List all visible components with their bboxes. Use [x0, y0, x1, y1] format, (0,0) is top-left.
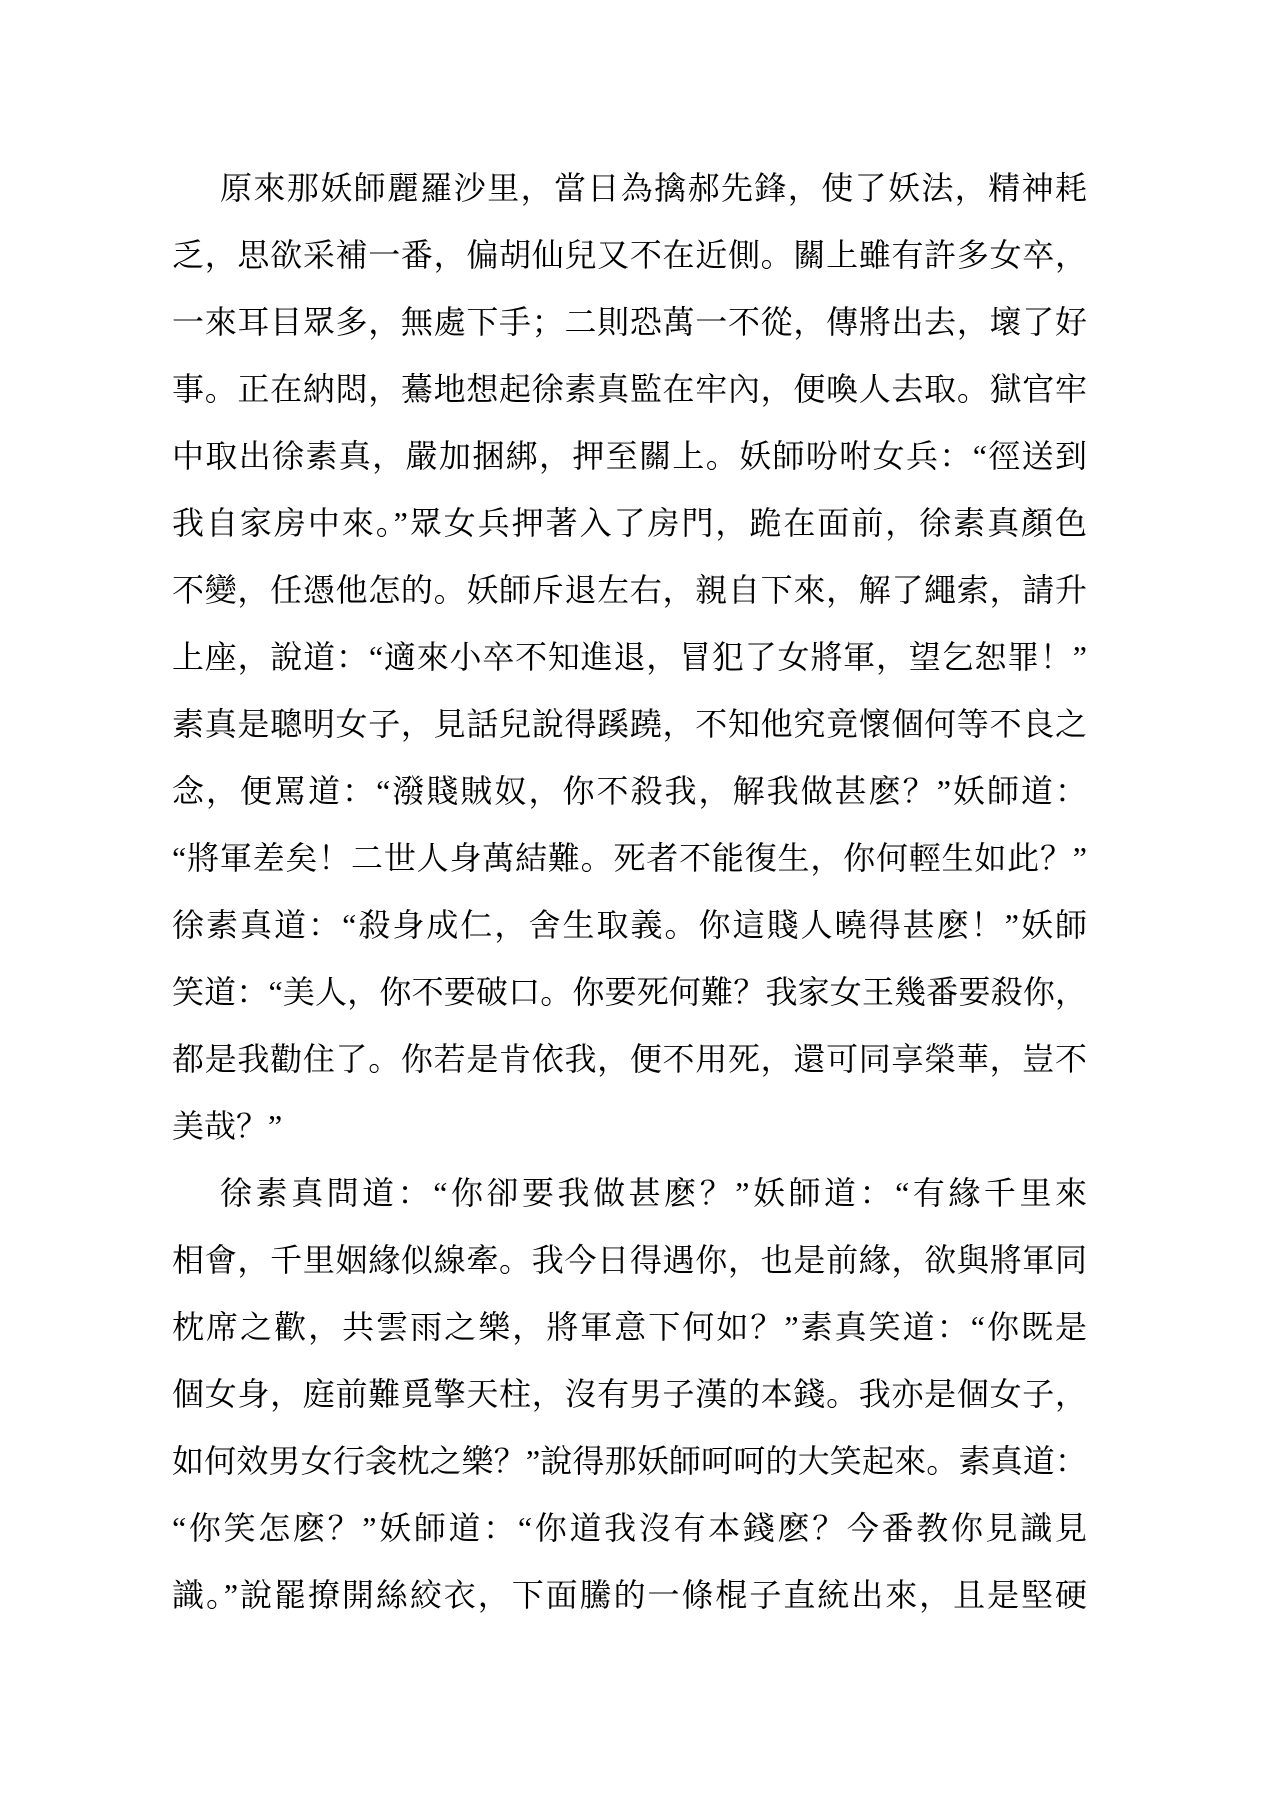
text-line: 一來耳目眾多，無處下手；二則恐萬一不從，傳將出去，壞了好: [172, 289, 1087, 356]
text-line: 美哉？”: [172, 1093, 1087, 1160]
text-line: 枕席之歡，共雲雨之樂，將軍意下何如？”素真笑道：“你既是: [172, 1294, 1087, 1361]
text-line: “將軍差矣！二世人身萬結難。死者不能復生，你何輕生如此？”: [172, 825, 1087, 892]
text-line: 笑道：“美人，你不要破口。你要死何難？我家女王幾番要殺你，: [172, 959, 1087, 1026]
text-line: 徐素真道：“殺身成仁，舍生取義。你這賤人曉得甚麽！”妖師: [172, 892, 1087, 959]
paragraph-2: 徐素真問道：“你卻要我做甚麽？”妖師道：“有緣千里來 相會，千里姻緣似線牽。我今…: [172, 1160, 1087, 1629]
text-line: 素真是聰明女子，見話兒說得蹊蹺，不知他究竟懷個何等不良之: [172, 691, 1087, 758]
document-page: 原來那妖師麗羅沙里，當日為擒郝先鋒，使了妖法，精神耗 乏，思欲采補一番，偏胡仙兒…: [0, 0, 1280, 1810]
text-line: 個女身，庭前難覓擎天柱，沒有男子漢的本錢。我亦是個女子，: [172, 1361, 1087, 1428]
text-line: 徐素真問道：“你卻要我做甚麽？”妖師道：“有緣千里來: [172, 1160, 1087, 1227]
text-line: 乏，思欲采補一番，偏胡仙兒又不在近側。關上雖有許多女卒，: [172, 222, 1087, 289]
text-line: 都是我勸住了。你若是肯依我，便不用死，還可同享榮華，豈不: [172, 1026, 1087, 1093]
text-line: 識。”說罷撩開絲絞衣，下面騰的一條棍子直統出來，且是堅硬: [172, 1562, 1087, 1629]
text-line: 中取出徐素真，嚴加捆綁，押至關上。妖師吩咐女兵：“徑送到: [172, 423, 1087, 490]
text-line: 原來那妖師麗羅沙里，當日為擒郝先鋒，使了妖法，精神耗: [172, 155, 1087, 222]
paragraph-1: 原來那妖師麗羅沙里，當日為擒郝先鋒，使了妖法，精神耗 乏，思欲采補一番，偏胡仙兒…: [172, 155, 1087, 1160]
text-line: 上座，說道：“適來小卒不知進退，冒犯了女將軍，望乞恕罪！”: [172, 624, 1087, 691]
text-line: 事。正在納悶，驀地想起徐素真監在牢內，便喚人去取。獄官牢: [172, 356, 1087, 423]
text-line: 相會，千里姻緣似線牽。我今日得遇你，也是前緣，欲與將軍同: [172, 1227, 1087, 1294]
text-line: 念，便罵道：“潑賤賊奴，你不殺我，解我做甚麽？”妖師道：: [172, 758, 1087, 825]
text-line: 如何效男女行衾枕之樂？”說得那妖師呵呵的大笑起來。素真道：: [172, 1428, 1087, 1495]
text-line: 我自家房中來。”眾女兵押著入了房門，跪在面前，徐素真顏色: [172, 490, 1087, 557]
text-line: “你笑怎麽？”妖師道：“你道我沒有本錢麽？今番教你見識見: [172, 1495, 1087, 1562]
text-line: 不變，任憑他怎的。妖師斥退左右，親自下來，解了繩索，請升: [172, 557, 1087, 624]
